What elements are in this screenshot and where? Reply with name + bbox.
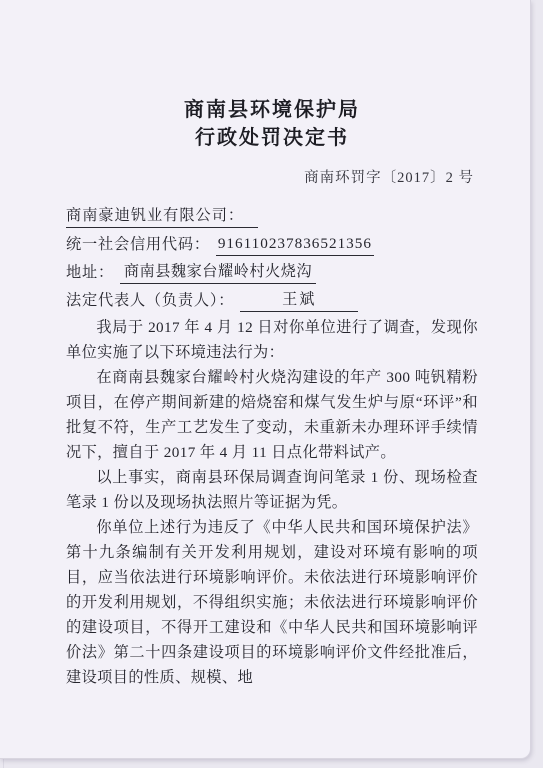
body-paragraph-investigation: 我局于 2017 年 4 月 12 日对你单位进行了调查，发现你单位实施了以下环…: [66, 315, 478, 365]
credit-code-row: 统一社会信用代码： 916110237836521356: [66, 228, 478, 256]
title-line-2: 行政处罚决定书: [66, 124, 478, 152]
document-title: 商南县环境保护局 行政处罚决定书: [66, 96, 478, 152]
document-number: 商南环罚字〔2017〕2 号: [66, 167, 478, 189]
address-row: 地址： 商南县魏家台耀岭村火烧沟: [66, 256, 478, 284]
document-content: 商南县环境保护局 行政处罚决定书 商南环罚字〔2017〕2 号 商南豪迪钒业有限…: [0, 0, 531, 690]
body-paragraph-evidence: 以上事实，商南县环保局调查询问笔录 1 份、现场检查笔录 1 份以及现场执法照片…: [66, 465, 478, 515]
address-label: 地址：: [66, 262, 114, 284]
recipient-block: 商南豪迪钒业有限公司： 统一社会信用代码： 916110237836521356…: [66, 200, 478, 312]
legal-representative-label: 法定代表人（负责人）：: [66, 290, 234, 312]
credit-code-value: 916110237836521356: [216, 233, 374, 256]
legal-representative-row: 法定代表人（负责人）： 王斌: [66, 284, 478, 312]
body-paragraph-legal-basis: 你单位上述行为违反了《中华人民共和国环境保护法》第十九条编制有关开发利用规划，建…: [66, 515, 478, 690]
scanned-document: 商南县环境保护局 行政处罚决定书 商南环罚字〔2017〕2 号 商南豪迪钒业有限…: [0, 0, 543, 768]
credit-code-label: 统一社会信用代码：: [66, 234, 210, 256]
document-body: 我局于 2017 年 4 月 12 日对你单位进行了调查，发现你单位实施了以下环…: [66, 315, 478, 690]
address-value: 商南县魏家台耀岭村火烧沟: [120, 261, 316, 284]
body-paragraph-violation: 在商南县魏家台耀岭村火烧沟建设的年产 300 吨钒精粉项目，在停产期间新建的焙烧…: [66, 365, 478, 465]
title-line-1: 商南县环境保护局: [66, 96, 478, 124]
legal-representative-value: 王斌: [240, 289, 358, 312]
recipient-company-row: 商南豪迪钒业有限公司：: [66, 200, 478, 228]
recipient-company-name: 商南豪迪钒业有限公司：: [66, 205, 258, 228]
